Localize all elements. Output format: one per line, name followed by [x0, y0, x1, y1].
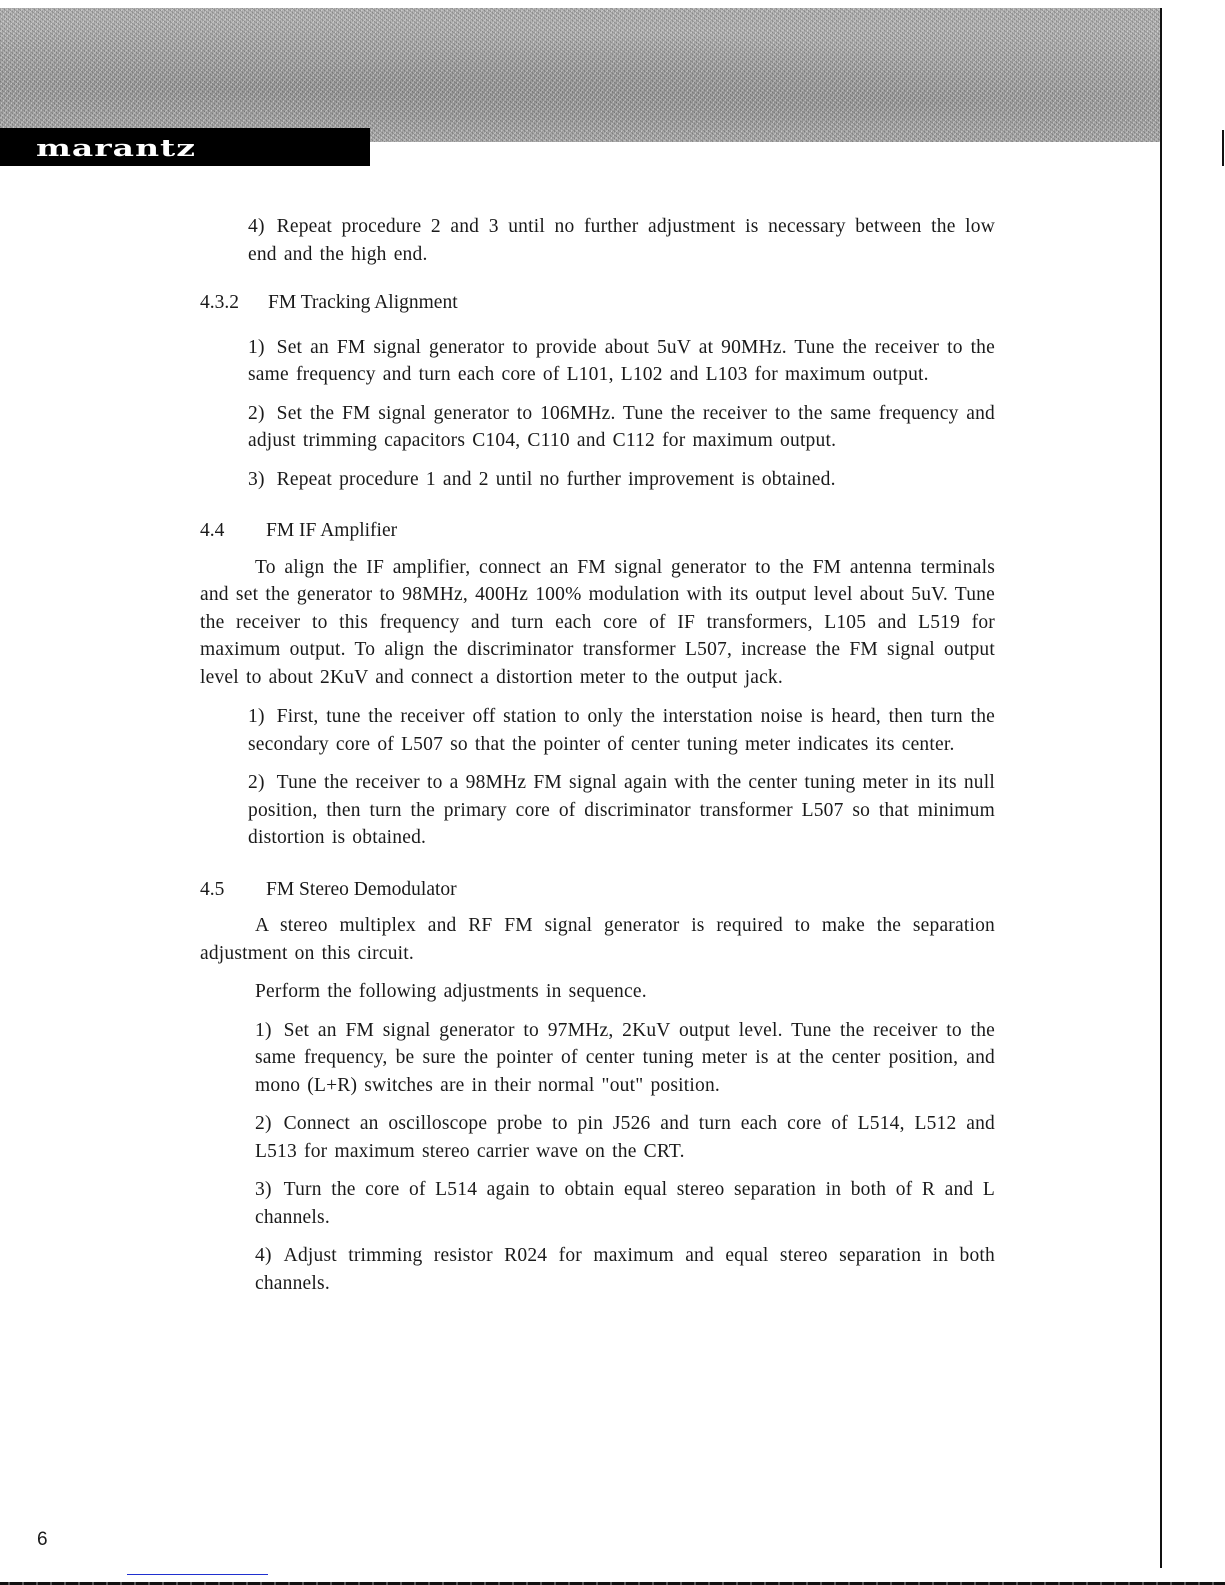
section-heading: 4.4FM IF Amplifier	[200, 517, 995, 545]
section-heading: 4.3.2FM Tracking Alignment	[200, 289, 995, 317]
section-4-5: 4.5FM Stereo Demodulator A stereo multip…	[200, 876, 995, 1298]
brand-logo-bar: marantz	[0, 128, 370, 166]
section-4-4: 4.4FM IF Amplifier To align the IF ampli…	[200, 517, 995, 852]
step-4-repeat: 4)Repeat procedure 2 and 3 until no furt…	[248, 213, 995, 268]
page-edge-rule	[1160, 8, 1162, 1568]
header-texture-band	[0, 8, 1160, 142]
list-item: 1)Set an FM signal generator to 97MHz, 2…	[255, 1017, 995, 1100]
list-item: 1)First, tune the receiver off station t…	[248, 703, 995, 758]
list-item: 4)Adjust trimming resistor R024 for maxi…	[255, 1242, 995, 1297]
section-paragraph: A stereo multiplex and RF FM signal gene…	[200, 912, 995, 967]
link-underline-mark	[127, 1574, 268, 1575]
margin-tick-mark	[1222, 130, 1224, 166]
list-item: 2)Set the FM signal generator to 106MHz.…	[248, 400, 995, 455]
list-item: 3)Repeat procedure 1 and 2 until no furt…	[248, 466, 995, 494]
page-number: 6	[37, 1529, 48, 1551]
sequence-note: Perform the following adjustments in seq…	[255, 978, 995, 1006]
document-body: 4)Repeat procedure 2 and 3 until no furt…	[200, 213, 995, 1297]
section-heading: 4.5FM Stereo Demodulator	[200, 876, 995, 904]
brand-logo: marantz	[36, 135, 196, 159]
list-item: 1)Set an FM signal generator to provide …	[248, 334, 995, 389]
list-item: 3)Turn the core of L514 again to obtain …	[255, 1176, 995, 1231]
list-item: 2)Tune the receiver to a 98MHz FM signal…	[248, 769, 995, 852]
list-item: 2)Connect an oscilloscope probe to pin J…	[255, 1110, 995, 1165]
section-4-3-2: 4.3.2FM Tracking Alignment 1)Set an FM s…	[200, 289, 995, 493]
section-paragraph: To align the IF amplifier, connect an FM…	[200, 554, 995, 692]
